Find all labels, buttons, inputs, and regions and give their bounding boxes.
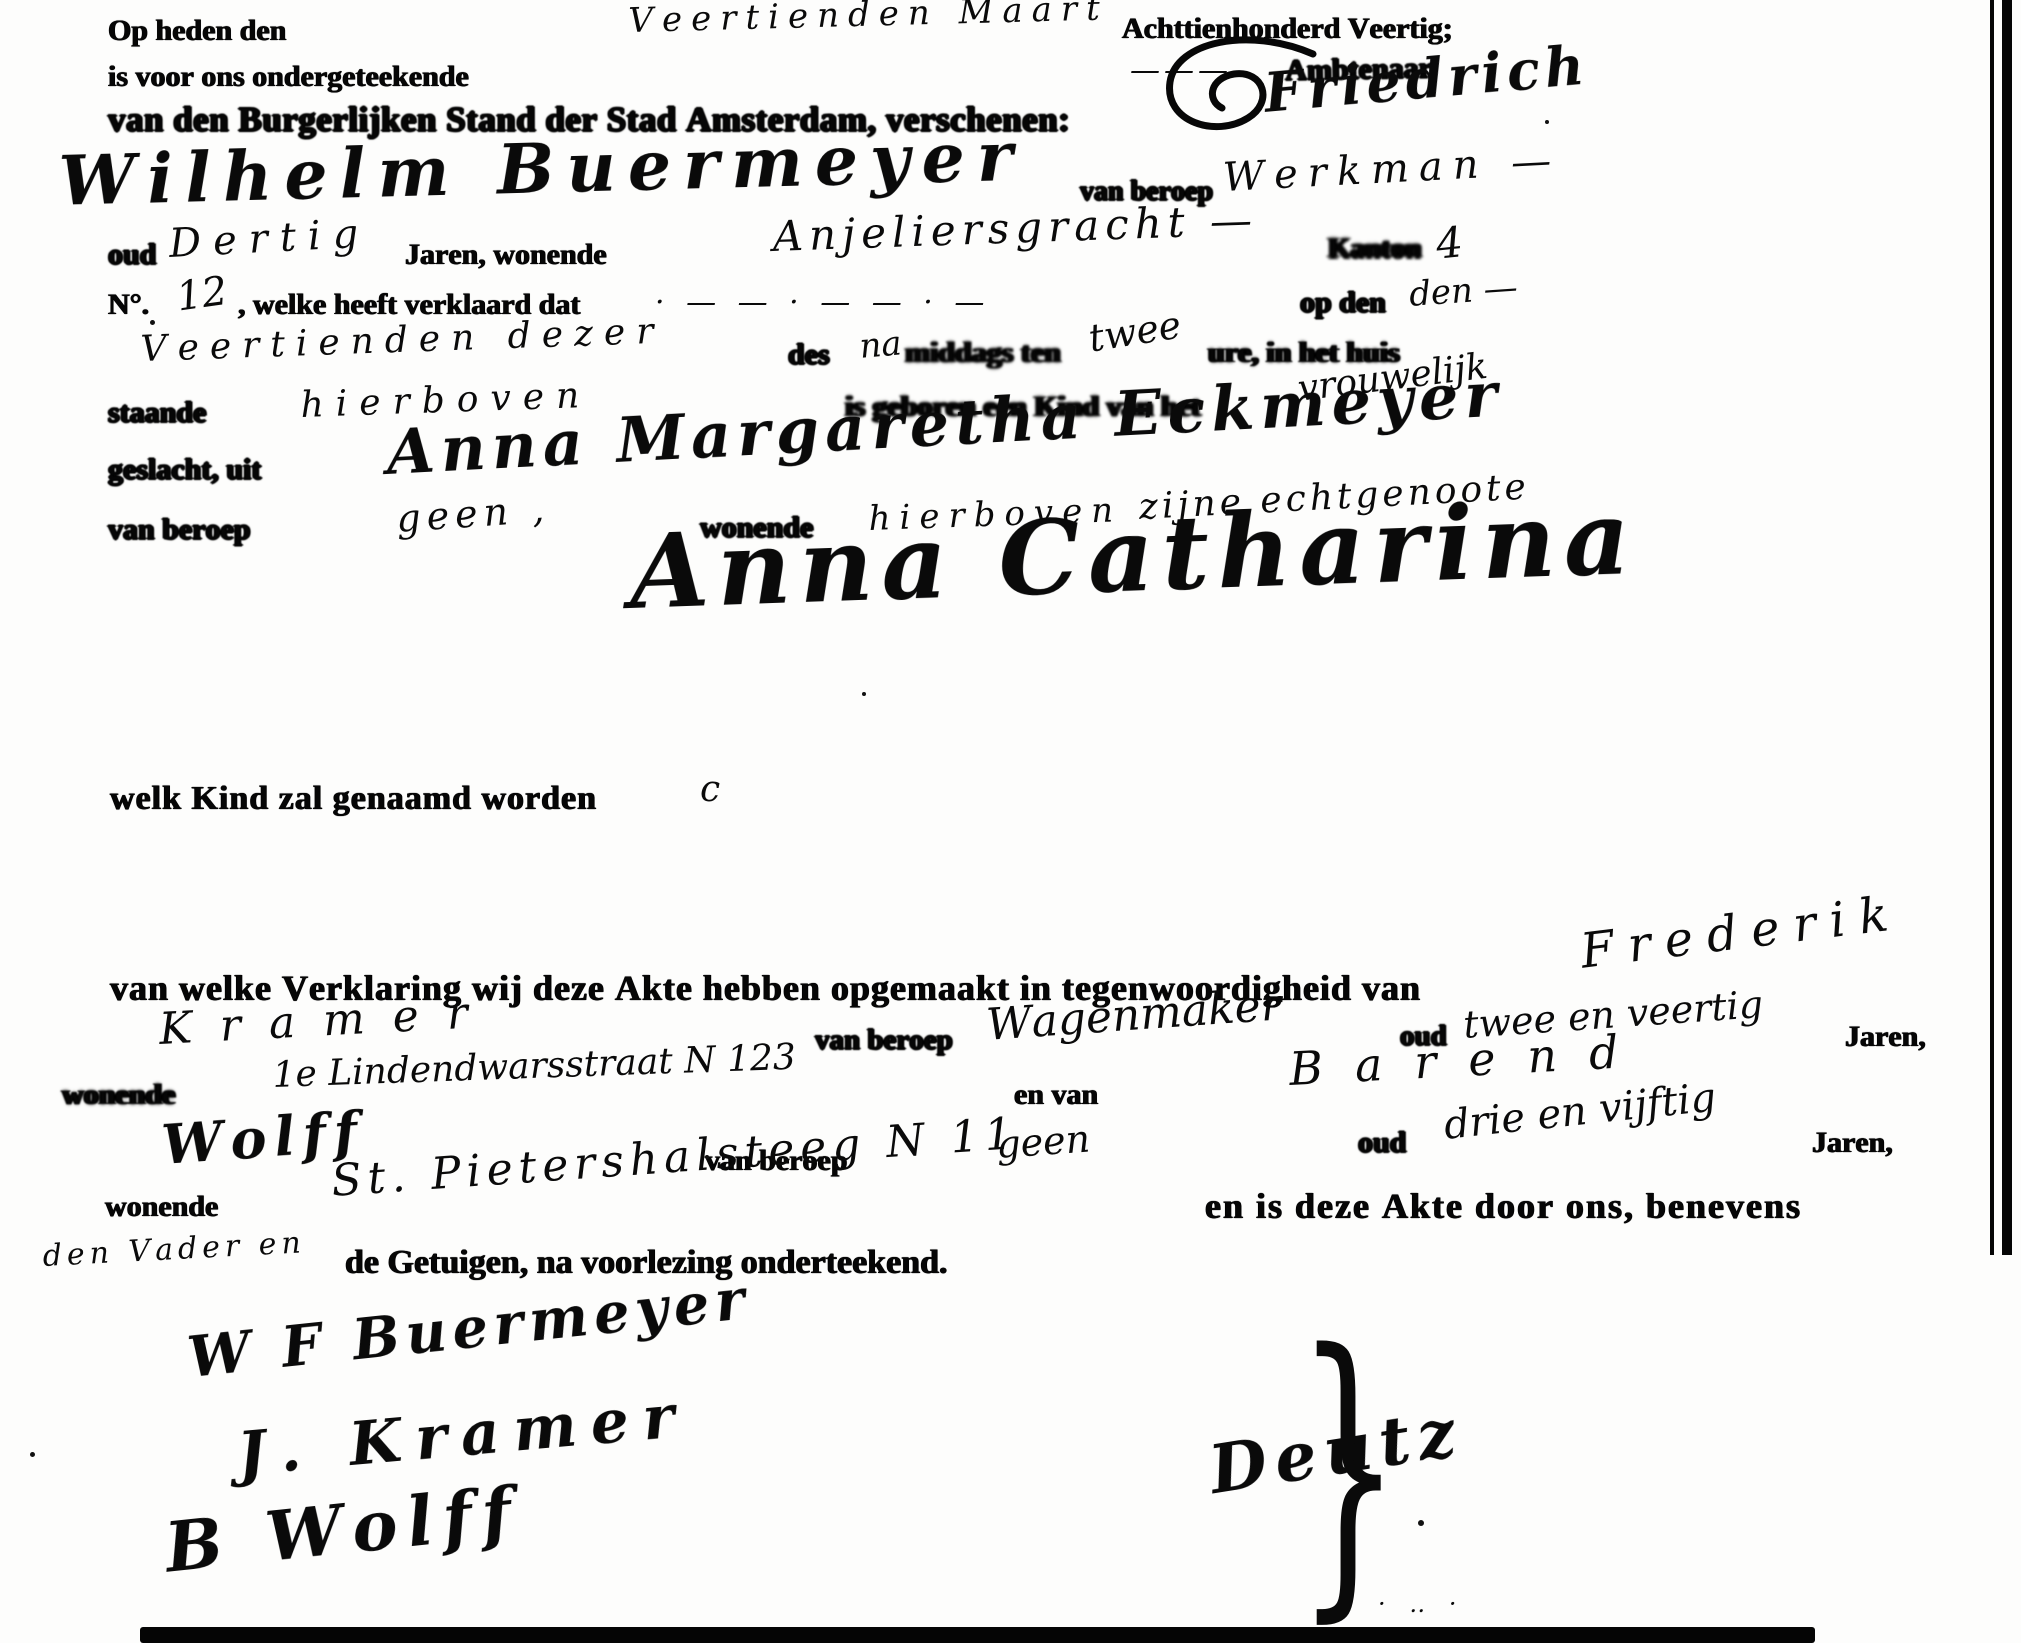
- handwritten-witness1-address: 1e Lindendwarsstraat N 123: [272, 1040, 796, 1094]
- printed-en-van: en van: [1014, 1080, 1098, 1110]
- ink-dots: · ‥ ·: [1378, 1592, 1465, 1616]
- printed-oud-4: oud: [1358, 1128, 1406, 1158]
- printed-oud-1: oud: [108, 240, 156, 270]
- handwritten-father-age: Dertig: [168, 213, 371, 263]
- handwritten-child-name: Anna Catharina: [628, 487, 1639, 624]
- printed-van-beroep-2: van beroep: [108, 515, 251, 545]
- ink-speck: [30, 1452, 35, 1457]
- printed-geslacht-uit: geslacht, uit: [108, 455, 261, 485]
- birth-certificate-scan: Op heden den Veertienden Maart Achttienh…: [0, 0, 2021, 1643]
- scan-right-border-outer: [2002, 0, 2012, 1255]
- signature-registrar: Deutz: [1205, 1398, 1467, 1503]
- scan-right-border-inner: [1990, 0, 1994, 1255]
- handwritten-address: Anjeliersgracht —: [772, 199, 1259, 258]
- printed-kanton: Kanton: [1328, 234, 1421, 263]
- handwritten-witness2-first: Barend: [1288, 1027, 1651, 1092]
- signature-father: W F Buermeyer: [185, 1271, 753, 1386]
- ink-speck: [150, 320, 155, 325]
- handwritten-filler-dashes: · — — · — — · —: [655, 288, 990, 318]
- handwritten-daypart: na: [858, 326, 903, 364]
- handwritten-witness1-first: Frederik: [1578, 889, 1905, 976]
- handwritten-house-no: 12: [174, 271, 230, 318]
- printed-jaren-wonende: Jaren, wonende: [405, 240, 607, 270]
- printed-op-heden-den: Op heden den: [108, 16, 286, 46]
- handwritten-margin-note: den Vader en: [42, 1228, 306, 1272]
- printed-van-beroep-3: van beroep: [815, 1026, 953, 1055]
- printed-akte-door-ons: en is deze Akte door ons, benevens: [1205, 1188, 1802, 1224]
- printed-wonende-4: wonende: [105, 1192, 218, 1222]
- printed-jaren-3: Jaren,: [1845, 1022, 1926, 1052]
- printed-no-label: N°.: [108, 290, 149, 320]
- handwritten-date: Veertienden Maart: [628, 0, 1109, 38]
- printed-getuigen: de Getuigen, na voorlezing onderteekend.: [345, 1246, 948, 1280]
- handwritten-mother-occupation: geen ,: [395, 489, 551, 538]
- printed-welk-kind: welk Kind zal genaamd worden: [110, 782, 597, 816]
- ink-speck: [1418, 1520, 1424, 1526]
- ink-speck: [705, 1155, 709, 1159]
- printed-wonende-3: wonende: [62, 1080, 175, 1110]
- printed-jaren-4: Jaren,: [1812, 1128, 1893, 1158]
- signature-witness1: J. Kramer: [235, 1386, 691, 1485]
- handwritten-witness2-age: drie en vijftig: [1442, 1077, 1718, 1145]
- handwritten-den-dash: den —: [1408, 270, 1519, 311]
- printed-des: des: [788, 340, 830, 370]
- printed-ondergeteekende: is voor ons ondergeteekende: [108, 62, 469, 92]
- ink-speck: [1545, 120, 1549, 124]
- signature-witness2: B Wolff: [162, 1478, 524, 1583]
- handwritten-kanton-no: 4: [1434, 221, 1465, 266]
- handwritten-child-prefix: c: [700, 772, 720, 808]
- scan-bottom-bar: [140, 1627, 1815, 1643]
- handwritten-witness2-address: St. Pietershalsteeg N 11: [330, 1112, 1020, 1204]
- printed-middags-ten: middags ten: [905, 338, 1061, 368]
- handwritten-birth-day: Veertienden dezer: [140, 314, 665, 368]
- printed-op-den: op den: [1300, 288, 1386, 318]
- printed-staande: staande: [108, 398, 206, 428]
- handwritten-hour: twee: [1086, 305, 1184, 357]
- ink-speck: [862, 692, 866, 696]
